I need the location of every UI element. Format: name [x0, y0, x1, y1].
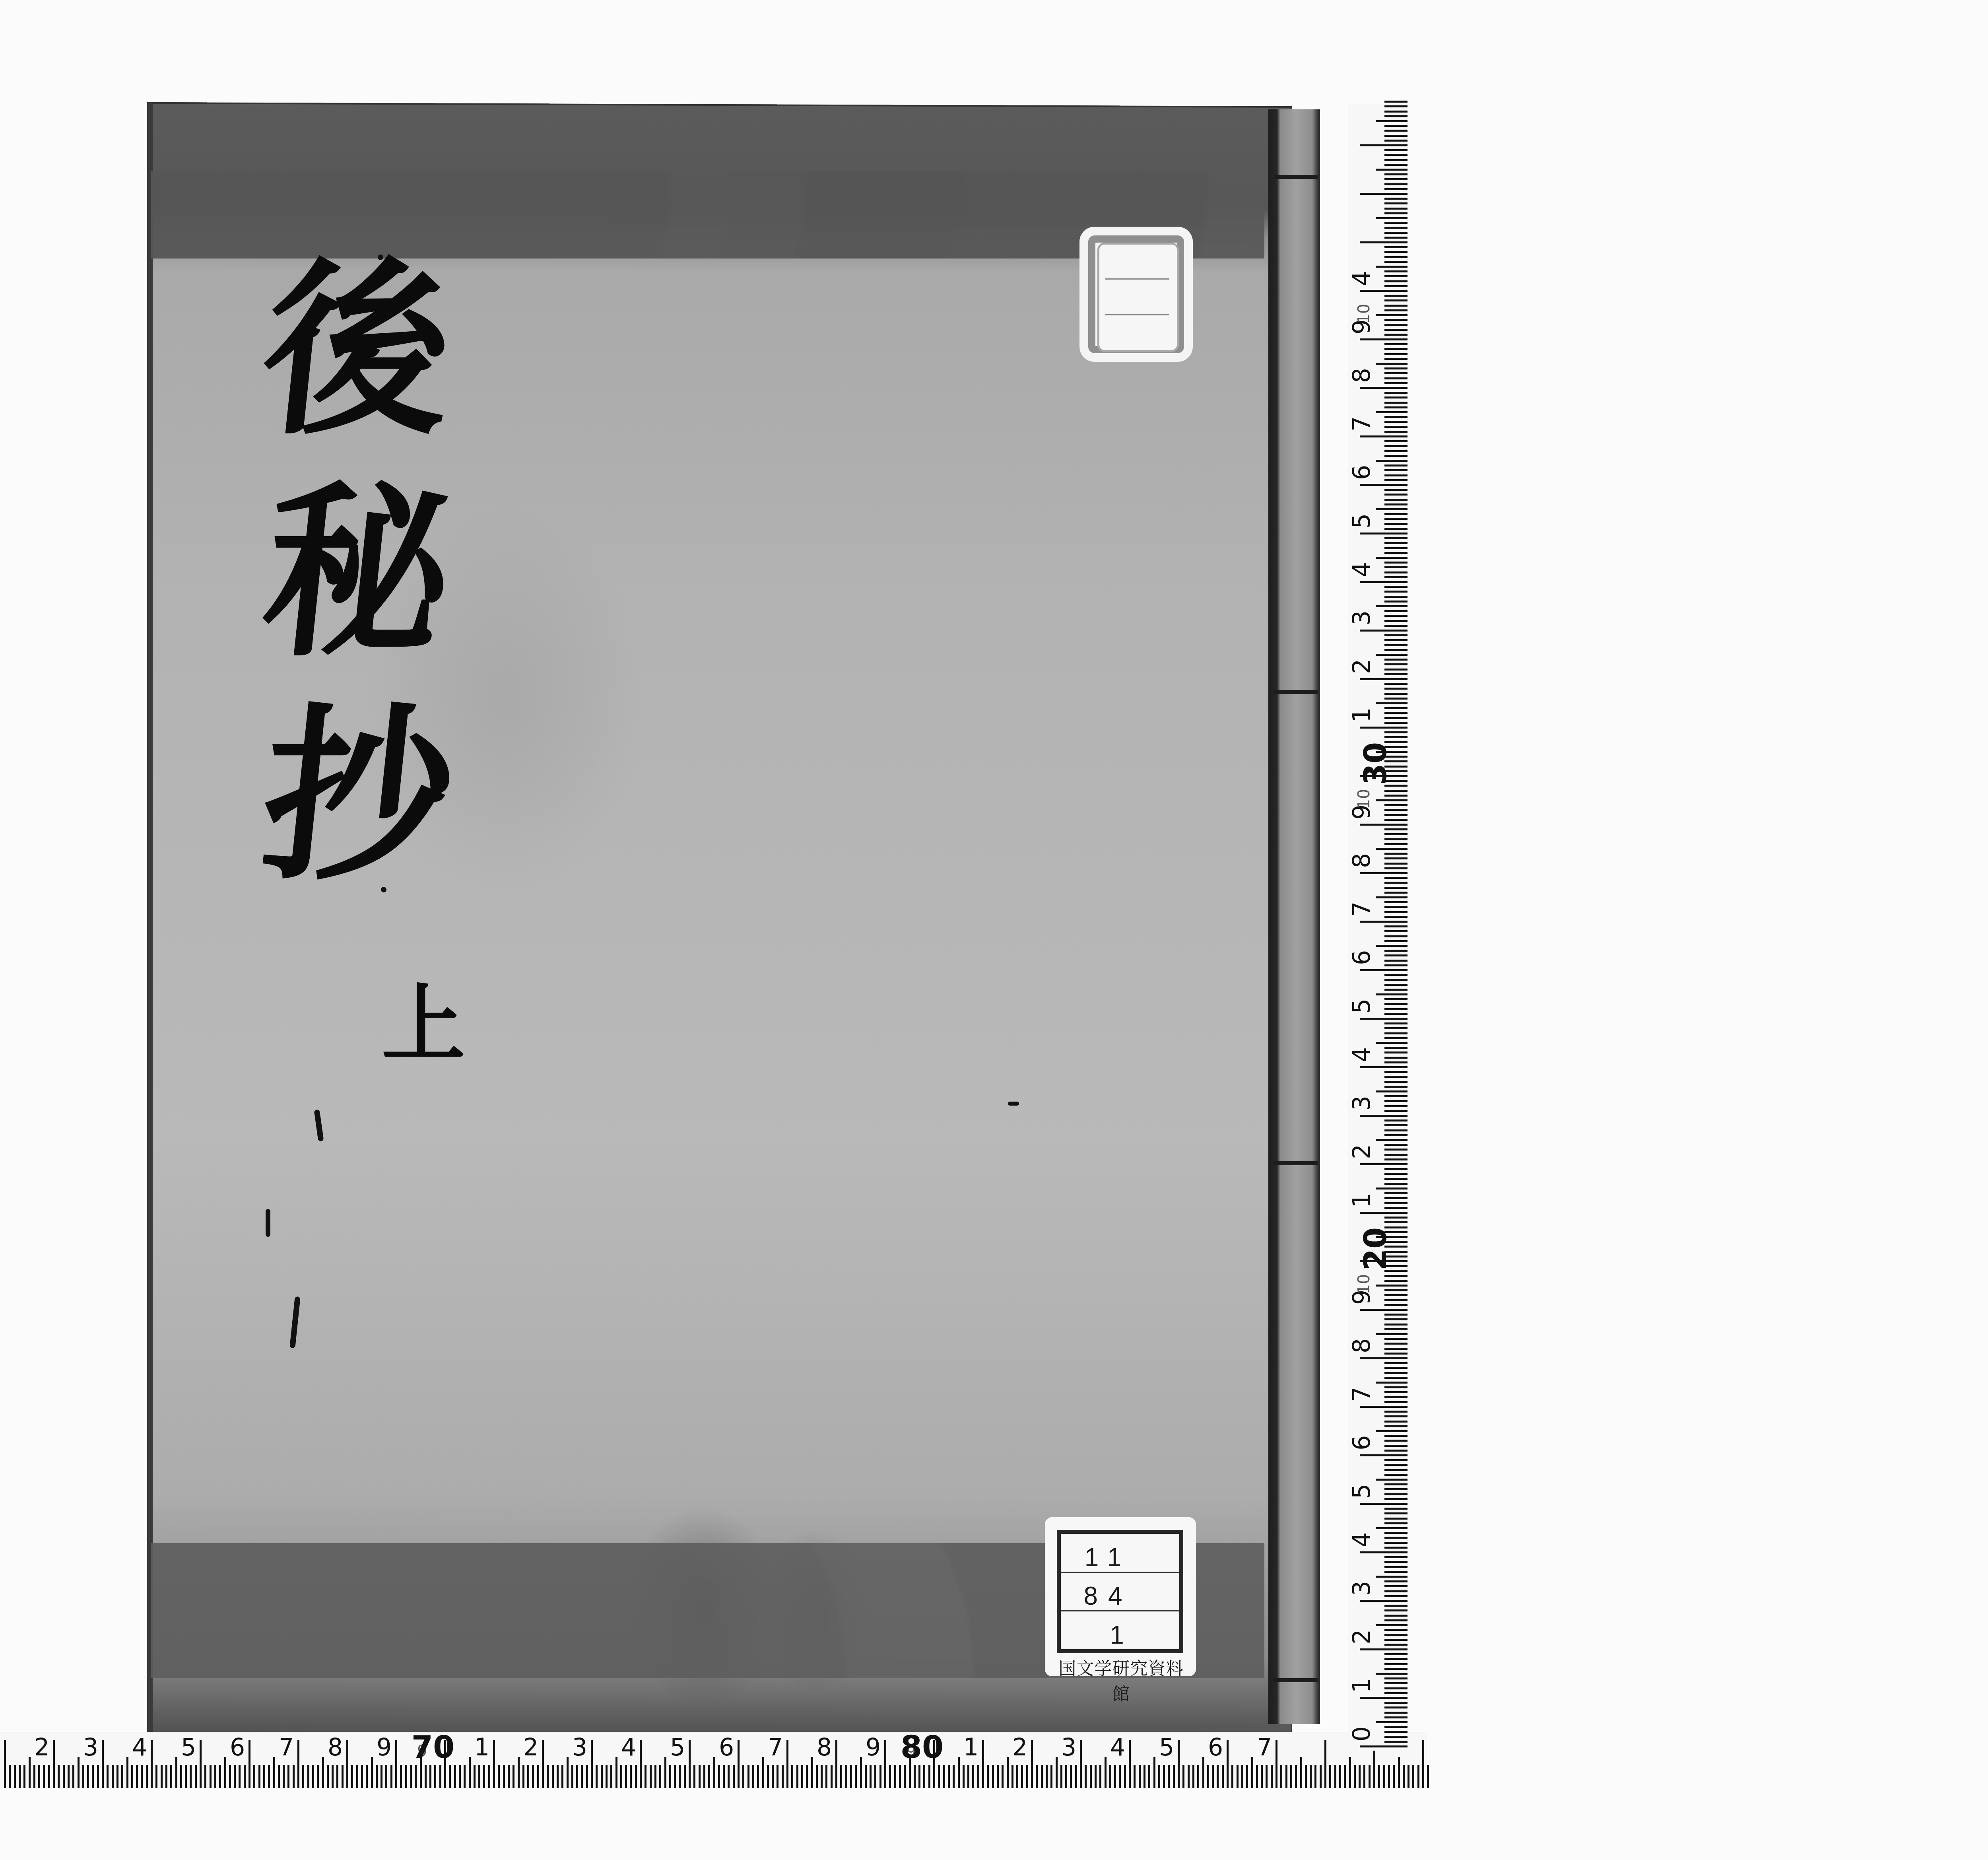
ruler-tick [640, 1740, 642, 1788]
ruler-tick [977, 1765, 979, 1788]
ruler-label: 6 [1208, 1736, 1223, 1759]
ruler-label: 7 [768, 1736, 783, 1759]
ruler-tick [1085, 1765, 1087, 1788]
ruler-tick [1237, 1765, 1239, 1788]
ruler-tick [161, 1765, 163, 1788]
ruler-tick [1363, 1765, 1365, 1788]
ruler-tick [327, 1765, 329, 1788]
ruler-tick [1384, 1076, 1408, 1078]
ruler-tick [1384, 911, 1408, 913]
ruler-tick [1295, 1765, 1297, 1788]
ruler-tick [1384, 663, 1408, 665]
ruler-tick [1376, 169, 1408, 171]
ruler-tick [1384, 445, 1408, 447]
ruler-tick [239, 1765, 241, 1788]
ruler-tick [1384, 1585, 1408, 1587]
ruler-tick [1384, 1644, 1408, 1646]
ruler-tick [1384, 1629, 1408, 1631]
ruler-tick [1360, 435, 1408, 437]
ruler-tick [1384, 198, 1408, 200]
ruler-tick [522, 1765, 524, 1788]
ruler-tick [1369, 1765, 1371, 1788]
ruler-tick [1334, 1765, 1336, 1788]
ruler-tick [425, 1765, 427, 1788]
ruler-tick [1384, 867, 1408, 869]
ruler-tick [92, 1765, 94, 1788]
ruler-tick [1384, 901, 1408, 903]
ruler-label: 2 [1350, 1144, 1374, 1159]
ruler-tick [322, 1757, 324, 1788]
horizontal-ruler: 234567899701234567899801234567 [0, 1732, 1427, 1788]
ruler-label: 5 [1350, 513, 1374, 529]
ruler-tick [537, 1765, 539, 1788]
ruler-tick [1384, 334, 1408, 336]
ruler-tick [1384, 382, 1408, 384]
ruler-tick [219, 1765, 221, 1788]
ruler-tick [1376, 1333, 1408, 1335]
ruler-tick [1384, 1595, 1408, 1597]
ruler-tick [835, 1740, 837, 1788]
ruler-tick [1384, 1706, 1408, 1708]
ruler-label: 5 [1159, 1736, 1174, 1759]
binding-stitch [1274, 690, 1318, 694]
ruler-tick [1408, 1765, 1409, 1788]
ruler-tick [1384, 1619, 1408, 1621]
ruler-tick [1384, 1663, 1408, 1665]
ruler-tick [1384, 1450, 1408, 1452]
ruler-tick [1376, 993, 1408, 995]
call-number-row: 1 [1061, 1611, 1179, 1649]
ruler-tick [1384, 392, 1408, 394]
ruler-label: 8 [328, 1736, 343, 1759]
ruler-tick [972, 1765, 974, 1788]
ruler-tick [1384, 935, 1408, 937]
ruler-tick [1384, 1324, 1408, 1326]
ruler-tick [596, 1765, 598, 1788]
ruler-label: 6 [719, 1736, 734, 1759]
ruler-tick [1384, 1677, 1408, 1679]
ruler-tick [1422, 1740, 1424, 1788]
ruler-tick [1384, 523, 1408, 525]
ruler-tick [625, 1765, 627, 1788]
ruler-tick [1384, 547, 1408, 549]
ruler-tick [938, 1765, 940, 1788]
ruler-tick [175, 1757, 177, 1788]
ruler-tick [1360, 338, 1408, 340]
ruler-tick [1384, 1110, 1408, 1112]
ruler-label: 1 [1350, 707, 1374, 723]
ruler-tick [1280, 1765, 1282, 1788]
ruler-tick [1360, 533, 1408, 534]
ruler-tick [474, 1765, 476, 1788]
ruler-tick [747, 1765, 749, 1788]
ruler-tick [1384, 261, 1408, 263]
ruler-tick [1384, 916, 1408, 918]
ruler-tick [1384, 974, 1408, 976]
ruler-tick [669, 1765, 671, 1788]
call-number-row: 11 [1061, 1534, 1179, 1573]
ruler-tick [1016, 1765, 1018, 1788]
ruler-tick [987, 1765, 989, 1788]
ruler-tick [1384, 644, 1408, 646]
ruler-tick [469, 1757, 471, 1788]
ruler-tick [1384, 688, 1408, 690]
ruler-tick [1384, 591, 1408, 593]
ruler-tick [395, 1740, 397, 1788]
ruler-label: 4 [1110, 1736, 1125, 1759]
ruler-tick [1178, 1740, 1180, 1788]
ruler-label: 10 [1352, 789, 1376, 809]
ruler-label: 30 [1364, 742, 1388, 785]
ruler-tick [1384, 208, 1408, 210]
ruler-tick [1384, 251, 1408, 253]
ruler-tick [1276, 1740, 1277, 1788]
ruler-tick [738, 1740, 740, 1788]
ruler-tick [943, 1765, 945, 1788]
ruler-tick [1099, 1765, 1101, 1788]
ruler-tick [1384, 1537, 1408, 1539]
ruler-tick [1384, 1580, 1408, 1582]
ruler-tick [992, 1765, 994, 1788]
ruler-tick [1417, 1765, 1419, 1788]
ruler-tick [1427, 1765, 1429, 1788]
ruler-tick [126, 1757, 128, 1788]
ruler-tick [674, 1765, 676, 1788]
ink-spot [378, 255, 383, 260]
ruler-tick [806, 1765, 808, 1788]
ruler-tick [1393, 1765, 1395, 1788]
ruler-tick [1384, 1547, 1408, 1549]
ruler-tick [1002, 1765, 1004, 1788]
ruler-label: 7 [1350, 902, 1374, 917]
ruler-tick [72, 1765, 74, 1788]
ruler-tick [87, 1765, 89, 1788]
ruler-tick [1384, 1100, 1408, 1102]
label-rule [1105, 314, 1169, 315]
ruler-tick [767, 1765, 769, 1788]
ruler-label: 4 [1350, 1532, 1374, 1547]
ruler-tick [561, 1765, 563, 1788]
ruler-tick [121, 1765, 123, 1788]
title-char: 秘 [253, 461, 463, 684]
ruler-tick [1384, 625, 1408, 627]
ruler-tick [1384, 431, 1408, 433]
ruler-label: 1 [1350, 1678, 1374, 1693]
ruler-tick [234, 1765, 236, 1788]
ruler-tick [1261, 1765, 1263, 1788]
ruler-tick [317, 1765, 319, 1788]
ruler-label: 7 [279, 1736, 294, 1759]
ruler-tick [1384, 649, 1408, 651]
ruler-label: 5 [1350, 999, 1374, 1014]
ruler-tick [1173, 1765, 1175, 1788]
ruler-tick [1384, 1086, 1408, 1088]
ruler-tick [1384, 1328, 1408, 1330]
ruler-tick [635, 1765, 637, 1788]
ruler-tick [953, 1765, 955, 1788]
ruler-tick [1384, 1401, 1408, 1403]
ruler-tick [297, 1740, 299, 1788]
ruler-tick [155, 1765, 157, 1788]
ruler-tick [1384, 1736, 1408, 1738]
ruler-tick [1384, 1057, 1408, 1059]
call-number-row: 84 [1061, 1573, 1179, 1612]
ruler-tick [1384, 950, 1408, 952]
ruler-tick [782, 1765, 784, 1788]
ruler-tick [1360, 921, 1408, 923]
ruler-tick [1384, 426, 1408, 428]
ruler-tick [1384, 1532, 1408, 1534]
ruler-label: 7 [1350, 416, 1374, 431]
ruler-label: 7 [1350, 1387, 1374, 1402]
ruler-tick [762, 1757, 764, 1788]
ruler-tick [361, 1765, 363, 1788]
ruler-tick [1384, 1037, 1408, 1039]
ruler-tick [464, 1765, 466, 1788]
ruler-tick [1065, 1765, 1067, 1788]
ruler-tick [1329, 1765, 1331, 1788]
ruler-tick [1041, 1765, 1043, 1788]
ruler-tick [1384, 130, 1408, 132]
ruler-tick [889, 1765, 891, 1788]
ruler-label: 2 [1350, 659, 1374, 674]
ruler-tick [1376, 1139, 1408, 1141]
ruler-tick [1384, 610, 1408, 612]
ruler-tick [899, 1765, 901, 1788]
ruler-tick [1384, 406, 1408, 408]
ruler-tick [385, 1765, 387, 1788]
ruler-tick [1384, 1377, 1408, 1379]
ruler-tick [786, 1740, 788, 1788]
ruler-tick [434, 1765, 436, 1788]
ruler-label: 3 [1350, 610, 1374, 626]
ruler-tick [307, 1765, 309, 1788]
ruler-tick [1376, 848, 1408, 850]
ruler-tick [1384, 566, 1408, 568]
ruler-tick [1384, 149, 1408, 151]
ruler-tick [1384, 1561, 1408, 1563]
ruler-tick [542, 1740, 544, 1788]
ruler-tick [1384, 1566, 1408, 1568]
ruler-tick [1384, 1134, 1408, 1136]
ruler-tick [268, 1765, 270, 1788]
ruler-tick [229, 1765, 231, 1788]
ruler-tick [1384, 1741, 1408, 1743]
ruler-tick [498, 1765, 500, 1788]
ruler-tick [1384, 105, 1408, 107]
ruler-tick [43, 1765, 45, 1788]
ruler-tick [620, 1765, 622, 1788]
ruler-tick [1378, 1765, 1380, 1788]
ruler-tick [244, 1765, 246, 1788]
ruler-tick [1384, 804, 1408, 806]
ruler-tick [273, 1757, 275, 1788]
ruler-tick [1384, 1314, 1408, 1316]
ruler-tick [1384, 1615, 1408, 1617]
ruler-tick [1384, 440, 1408, 442]
ruler-label: 3 [1061, 1736, 1076, 1759]
ruler-tick [816, 1765, 818, 1788]
ruler-tick [1384, 1013, 1408, 1015]
ruler-tick [1384, 421, 1408, 423]
ruler-tick [1384, 1183, 1408, 1185]
ruler-tick [1384, 309, 1408, 311]
ruler-tick [601, 1765, 603, 1788]
ruler-tick [1360, 241, 1408, 243]
ruler-tick [1384, 1498, 1408, 1500]
ruler-tick [1119, 1765, 1121, 1788]
ruler-tick [684, 1765, 686, 1788]
ruler-tick [1384, 906, 1408, 908]
ruler-tick [1339, 1765, 1341, 1788]
ruler-tick [1212, 1765, 1214, 1788]
ruler-tick [645, 1765, 646, 1788]
ruler-tick [1376, 508, 1408, 510]
ruler-tick [679, 1765, 681, 1788]
ruler-tick [1360, 581, 1408, 583]
binding-stitch [1274, 1161, 1318, 1165]
ruler-label: 5 [181, 1736, 196, 1759]
ruler-tick [1384, 1522, 1408, 1524]
ruler-tick [1384, 596, 1408, 598]
ruler-tick [493, 1740, 495, 1788]
ruler-label: 4 [1350, 271, 1374, 286]
ruler-tick [1384, 1003, 1408, 1005]
ruler-tick [733, 1765, 735, 1788]
ruler-tick [1384, 173, 1408, 175]
ruler-label: 6 [1350, 950, 1374, 965]
ruler-tick [586, 1765, 588, 1788]
ruler-tick [791, 1765, 793, 1788]
ruler-tick [1384, 275, 1408, 277]
ruler-tick [1114, 1765, 1116, 1788]
ruler-tick [532, 1765, 534, 1788]
ruler-tick [1134, 1765, 1136, 1788]
ruler-tick [1384, 998, 1408, 1000]
ruler-tick [1384, 964, 1408, 966]
ruler-tick [1384, 601, 1408, 603]
ruler-tick [336, 1765, 338, 1788]
ruler-tick [1412, 1765, 1414, 1788]
ruler-tick [1182, 1765, 1184, 1788]
ruler-tick [1256, 1765, 1258, 1788]
ruler-tick [552, 1765, 554, 1788]
ruler-tick [1300, 1757, 1302, 1788]
ruler-tick [1384, 717, 1408, 719]
ruler-tick [449, 1765, 451, 1788]
ruler-tick [1376, 217, 1408, 219]
ruler-tick [1384, 1391, 1408, 1393]
ruler-tick [1360, 484, 1408, 486]
ruler-tick [1384, 1590, 1408, 1592]
ruler-tick [1384, 639, 1408, 641]
ruler-tick [567, 1757, 569, 1788]
ruler-tick [1360, 678, 1408, 680]
ruler-tick [1384, 1008, 1408, 1010]
ruler-tick [1384, 790, 1408, 792]
ruler-label: 5 [1350, 1484, 1374, 1499]
ruler-tick [1384, 479, 1408, 481]
ruler-tick [459, 1765, 461, 1788]
ruler-label: 8 [1350, 853, 1374, 868]
ruler-tick [1376, 1188, 1408, 1189]
ruler-tick [1384, 1542, 1408, 1544]
ruler-tick [1384, 1488, 1408, 1490]
ruler-tick [1384, 1275, 1408, 1277]
ruler-tick [48, 1765, 50, 1788]
ruler-tick [1384, 863, 1408, 865]
ruler-tick [1376, 1430, 1408, 1432]
ruler-tick [1398, 1757, 1400, 1788]
ruler-tick [1384, 1464, 1408, 1466]
ruler-tick [1384, 1105, 1408, 1107]
ruler-tick [1384, 722, 1408, 724]
ruler-tick [796, 1765, 798, 1788]
ruler-tick [1376, 1576, 1408, 1578]
ruler-tick [1384, 324, 1408, 326]
ruler-tick [845, 1765, 847, 1788]
ruler-tick [1384, 1348, 1408, 1350]
ruler-tick [1384, 499, 1408, 501]
ruler-tick [1050, 1765, 1052, 1788]
ruler-tick [180, 1765, 182, 1788]
ruler-tick [102, 1740, 104, 1788]
ruler-tick [29, 1757, 31, 1788]
ruler-tick [1384, 1459, 1408, 1461]
ruler-tick [1384, 1095, 1408, 1097]
ruler-tick [1376, 460, 1408, 462]
ruler-tick [1384, 1149, 1408, 1151]
ruler-tick [1376, 1527, 1408, 1529]
ruler-tick [185, 1765, 187, 1788]
ruler-tick [728, 1765, 730, 1788]
ruler-tick [1384, 319, 1408, 321]
ruler-tick [68, 1765, 70, 1788]
ruler-tick [1158, 1765, 1160, 1788]
ruler-tick [547, 1765, 549, 1788]
ruler-tick [1384, 1081, 1408, 1083]
ruler-tick [131, 1765, 133, 1788]
ruler-tick [1376, 896, 1408, 898]
ruler-tick [1384, 1032, 1408, 1034]
ruler-label: 9 [377, 1736, 392, 1759]
ruler-tick [1388, 1765, 1390, 1788]
ruler-tick [918, 1765, 920, 1788]
ruler-tick [204, 1765, 206, 1788]
ruler-tick [1168, 1765, 1170, 1788]
ruler-tick [58, 1765, 60, 1788]
ruler-tick [1384, 1731, 1408, 1733]
ruler-tick [1360, 1163, 1408, 1165]
ruler-tick [1384, 809, 1408, 811]
ruler-tick [1384, 135, 1408, 137]
ruler-label: 2 [1012, 1736, 1027, 1759]
ruler-tick [1384, 222, 1408, 224]
ruler-tick [214, 1765, 216, 1788]
ruler-tick [1384, 377, 1408, 379]
ruler-tick [1129, 1740, 1131, 1788]
ruler-tick [1384, 1512, 1408, 1514]
ruler-tick [1384, 1653, 1408, 1655]
ruler-tick [1384, 154, 1408, 156]
ruler-tick [518, 1757, 520, 1788]
ruler-tick [1384, 1192, 1408, 1194]
ruler-tick [1384, 270, 1408, 272]
ruler-tick [1384, 367, 1408, 369]
volume-mark: 上 [382, 982, 465, 1066]
ruler-tick [332, 1765, 334, 1788]
ruler-tick [1376, 1090, 1408, 1092]
